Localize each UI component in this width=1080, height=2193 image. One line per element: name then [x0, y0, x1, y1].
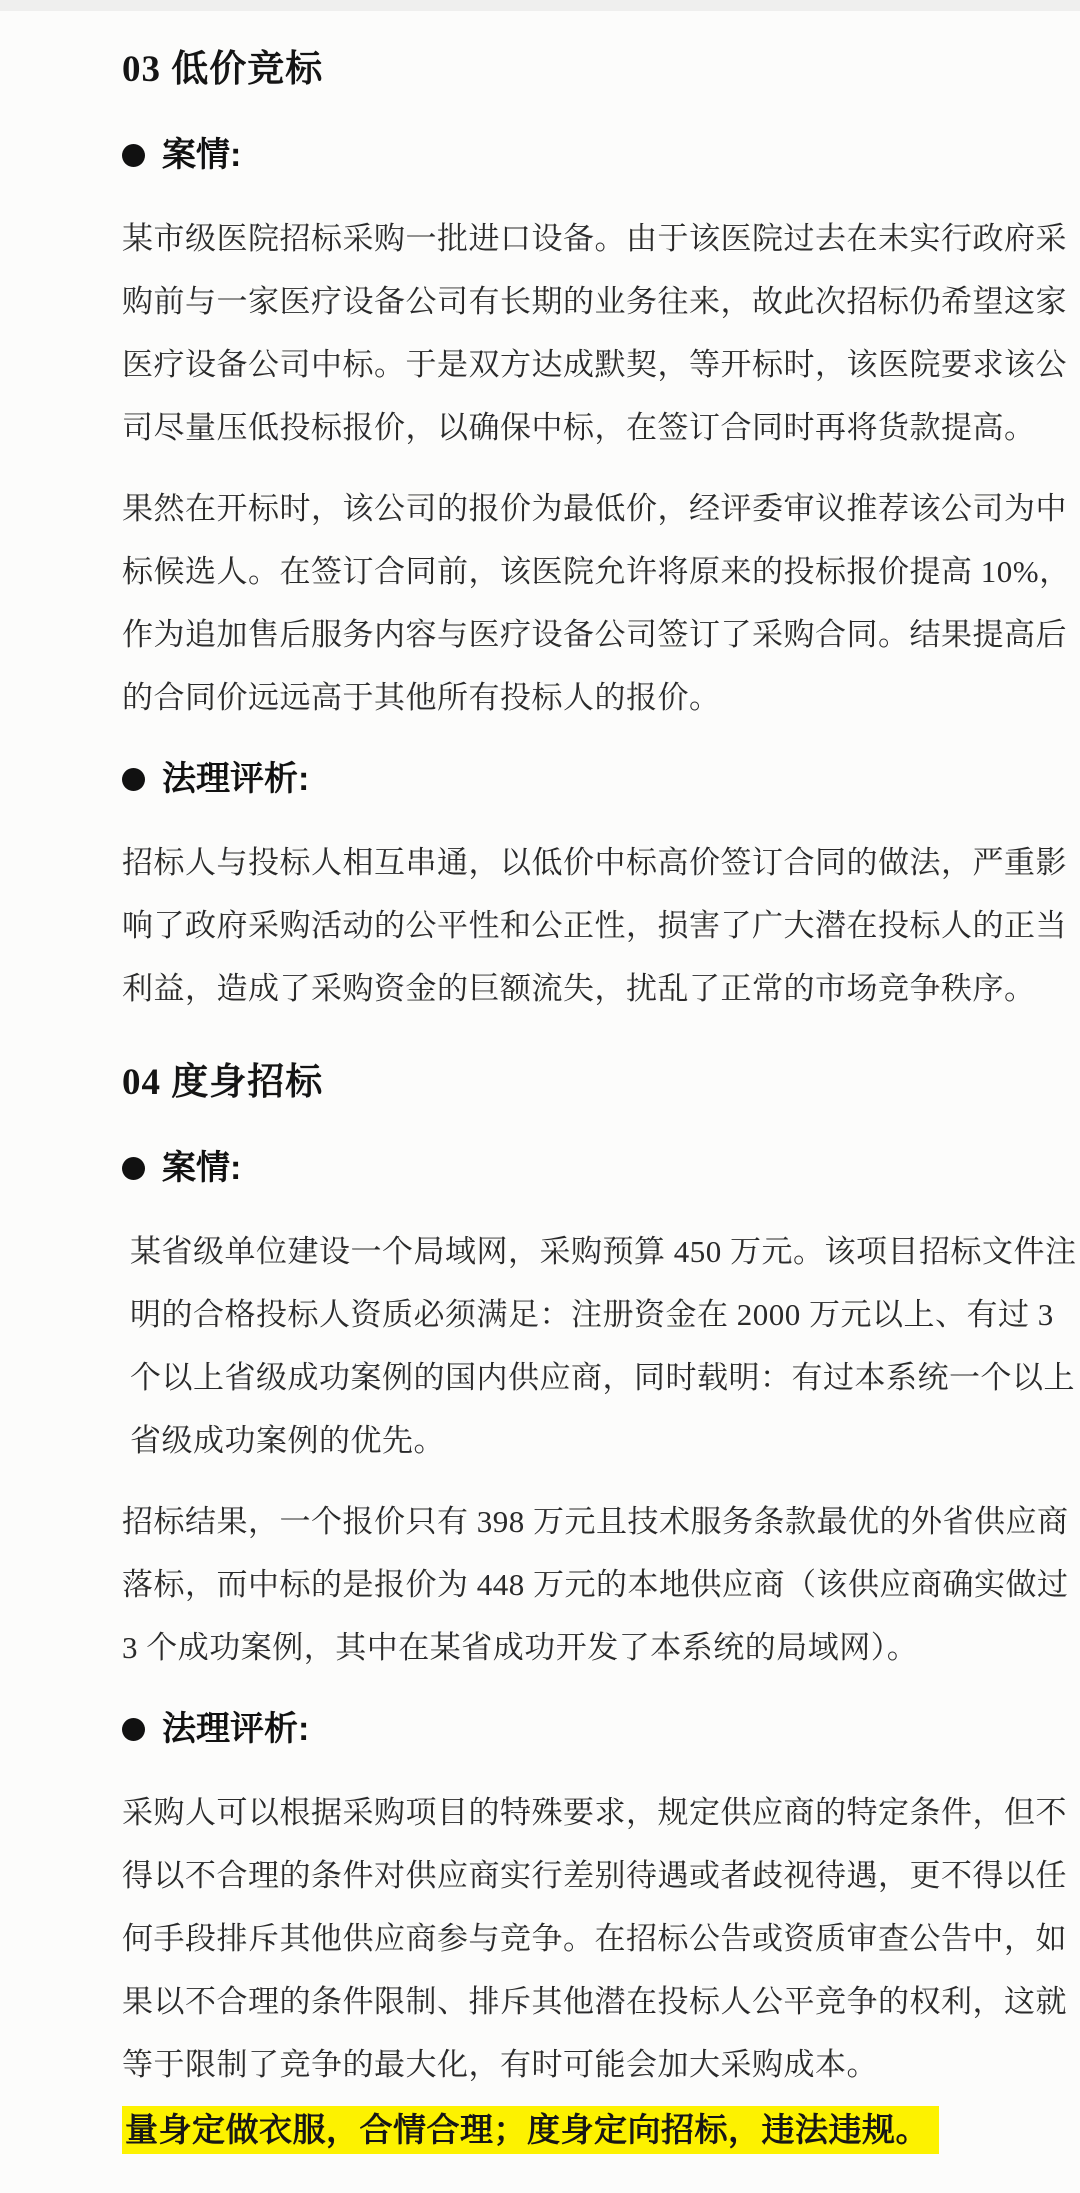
document: 03 低价竞标 案情: 某市级医院招标采购一批进口设备。由于该医院过去在未实行政… — [0, 47, 1080, 2193]
section-heading: 03 低价竞标 — [122, 47, 990, 93]
bullet-dot-icon — [122, 144, 145, 167]
paragraph-line: 等于限制了竞争的最大化，有时可能会加大采购成本。 — [122, 2033, 990, 2096]
paragraph-line: 利益，造成了采购资金的巨额流失，扰乱了正常的市场竞争秩序。 — [122, 957, 990, 1020]
bullet-dot-icon — [122, 768, 145, 791]
paragraph-line: 的合同价远远高于其他所有投标人的报价。 — [122, 666, 990, 729]
paragraph-line: 标候选人。在签订合同前，该医院允许将原来的投标报价提高 10%， — [122, 540, 990, 603]
paragraph-line: 某省级单位建设一个局域网，采购预算 450 万元。该项目招标文件注 — [122, 1220, 990, 1283]
bullet-label-row: 法理评析: — [122, 1707, 990, 1751]
paragraph-line: 个以上省级成功案例的国内供应商，同时载明：有过本系统一个以上 — [122, 1346, 990, 1409]
paragraph-line: 落标，而中标的是报价为 448 万元的本地供应商（该供应商确实做过 — [122, 1553, 990, 1616]
paragraph-line: 医疗设备公司中标。于是双方达成默契，等开标时，该医院要求该公 — [122, 333, 990, 396]
paragraph-line: 果以不合理的条件限制、排斥其他潜在投标人公平竞争的权利，这就 — [122, 1970, 990, 2033]
body-paragraph: 果然在开标时，该公司的报价为最低价，经评委审议推荐该公司为中标候选人。在签订合同… — [122, 477, 990, 729]
paragraph-line: 得以不合理的条件对供应商实行差别待遇或者歧视待遇，更不得以任 — [122, 1844, 990, 1907]
paragraph-line: 省级成功案例的优先。 — [122, 1409, 990, 1472]
page-top-edge — [0, 0, 1080, 11]
section-heading: 04 度身招标 — [122, 1060, 990, 1106]
paragraph-line: 响了政府采购活动的公平性和公正性，损害了广大潜在投标人的正当 — [122, 894, 990, 957]
paragraph-line: 采购人可以根据采购项目的特殊要求，规定供应商的特定条件，但不 — [122, 1781, 990, 1844]
bullet-label: 案情: — [162, 133, 241, 177]
paragraph-line: 招标人与投标人相互串通，以低价中标高价签订合同的做法，严重影 — [122, 831, 990, 894]
paragraph-line: 何手段排斥其他供应商参与竞争。在招标公告或资质审查公告中，如 — [122, 1907, 990, 1970]
paragraph-line: 招标结果，一个报价只有 398 万元且技术服务条款最优的外省供应商 — [122, 1490, 990, 1553]
bullet-label: 案情: — [162, 1146, 241, 1190]
paragraph-line: 作为追加售后服务内容与医疗设备公司签订了采购合同。结果提高后 — [122, 603, 990, 666]
paragraph-line: 明的合格投标人资质必须满足：注册资金在 2000 万元以上、有过 3 — [122, 1283, 990, 1346]
paragraph-line: 果然在开标时，该公司的报价为最低价，经评委审议推荐该公司为中 — [122, 477, 990, 540]
highlight-row: 量身定做衣服，合情合理；度身定向招标，违法违规。 — [122, 2106, 990, 2154]
body-paragraph: 采购人可以根据采购项目的特殊要求，规定供应商的特定条件，但不得以不合理的条件对供… — [122, 1781, 990, 2096]
bullet-label-row: 法理评析: — [122, 757, 990, 801]
bullet-label-row: 案情: — [122, 133, 990, 177]
paragraph-line: 某市级医院招标采购一批进口设备。由于该医院过去在未实行政府采 — [122, 207, 990, 270]
body-paragraph: 某市级医院招标采购一批进口设备。由于该医院过去在未实行政府采购前与一家医疗设备公… — [122, 207, 990, 459]
bullet-dot-icon — [122, 1157, 145, 1180]
highlighted-conclusion: 量身定做衣服，合情合理；度身定向招标，违法违规。 — [122, 2106, 939, 2154]
body-paragraph: 招标结果，一个报价只有 398 万元且技术服务条款最优的外省供应商落标，而中标的… — [122, 1490, 990, 1679]
bullet-label: 法理评析: — [162, 1707, 309, 1751]
paragraph-line: 3 个成功案例，其中在某省成功开发了本系统的局域网）。 — [122, 1616, 990, 1679]
body-paragraph: 招标人与投标人相互串通，以低价中标高价签订合同的做法，严重影响了政府采购活动的公… — [122, 831, 990, 1020]
bullet-label: 法理评析: — [162, 757, 309, 801]
paragraph-line: 购前与一家医疗设备公司有长期的业务往来，故此次招标仍希望这家 — [122, 270, 990, 333]
paragraph-line: 司尽量压低投标报价，以确保中标，在签订合同时再将货款提高。 — [122, 396, 990, 459]
body-paragraph: 某省级单位建设一个局域网，采购预算 450 万元。该项目招标文件注明的合格投标人… — [122, 1220, 990, 1472]
bullet-label-row: 案情: — [122, 1146, 990, 1190]
bullet-dot-icon — [122, 1718, 145, 1741]
